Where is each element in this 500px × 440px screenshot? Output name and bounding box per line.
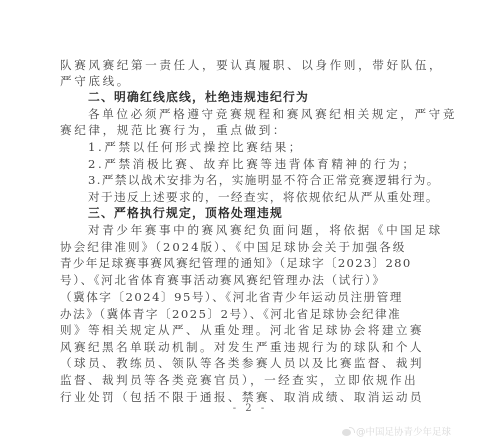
body-text-line: 风赛纪黑名单联动机制。对发生严重违规行为的球队和个人 bbox=[60, 339, 435, 355]
body-text-line: 严守底线。 bbox=[60, 73, 435, 89]
section-heading-3: 三、严格执行规定，顶格处理违规 bbox=[88, 205, 463, 221]
body-text-line: 协会纪律准则》（2024版）、《中国足球协会关于加强各级 bbox=[60, 239, 435, 255]
page-number: - 2 - bbox=[220, 403, 280, 414]
list-item-3: 3.严禁以战术安排为名，实施明显不符合正常竞赛逻辑行为。 bbox=[88, 172, 463, 188]
body-text-line: 队赛风赛纪第一责任人，要认真履职、以身作则，带好队伍， bbox=[60, 57, 435, 73]
section-heading-2: 二、明确红线底线，杜绝违规违纪行为 bbox=[88, 89, 463, 105]
watermark-text: @中国足协青少年足球 bbox=[356, 424, 451, 438]
weibo-icon bbox=[342, 427, 354, 436]
body-text-line: 赛纪律，规范比赛行为，重点做到： bbox=[60, 122, 435, 138]
list-item-2: 2.严禁消极比赛、故弃比赛等违背体育精神的行为； bbox=[88, 156, 463, 172]
body-text-line: 对青少年赛事中的赛风赛纪负面问题，将依据《中国足球 bbox=[88, 222, 463, 238]
body-text-line: 各单位必须严格遵守竞赛规程和赛风赛纪相关规定，严守竞 bbox=[88, 106, 463, 122]
body-text-line: 办法》（冀体青字〔2025〕2号）、《河北省足球协会纪律准 bbox=[60, 306, 435, 322]
body-text-line: 青少年足球赛事赛风赛纪管理的通知》（足球字〔2023〕280 bbox=[60, 255, 435, 271]
body-text-line: 号）、《河北省体育赛事活动赛风赛纪管理办法（试行）》 bbox=[60, 272, 435, 288]
list-item-1: 1.严禁以任何形式操控比赛结果； bbox=[88, 139, 463, 155]
body-text-line: 则》等相关规定从严、从重处理。河北省足球协会将建立赛 bbox=[60, 322, 435, 338]
body-text-line: （冀体字〔2024〕95号）、《河北省青少年运动员注册管理 bbox=[60, 289, 435, 305]
watermark: @中国足协青少年足球 bbox=[342, 424, 451, 438]
body-text-line: （球员、教练员、领队等各类参赛人员以及比赛监督、裁判 bbox=[60, 355, 435, 371]
body-text-line: 对于违反上述要求的，一经查实，将依规依纪从严从重处理。 bbox=[88, 189, 463, 205]
body-text-line: 监督、裁判员等各类竞赛官员），一经查实，立即依规作出 bbox=[60, 372, 435, 388]
document-page: 队赛风赛纪第一责任人，要认真履职、以身作则，带好队伍， 严守底线。 二、明确红线… bbox=[0, 0, 500, 440]
